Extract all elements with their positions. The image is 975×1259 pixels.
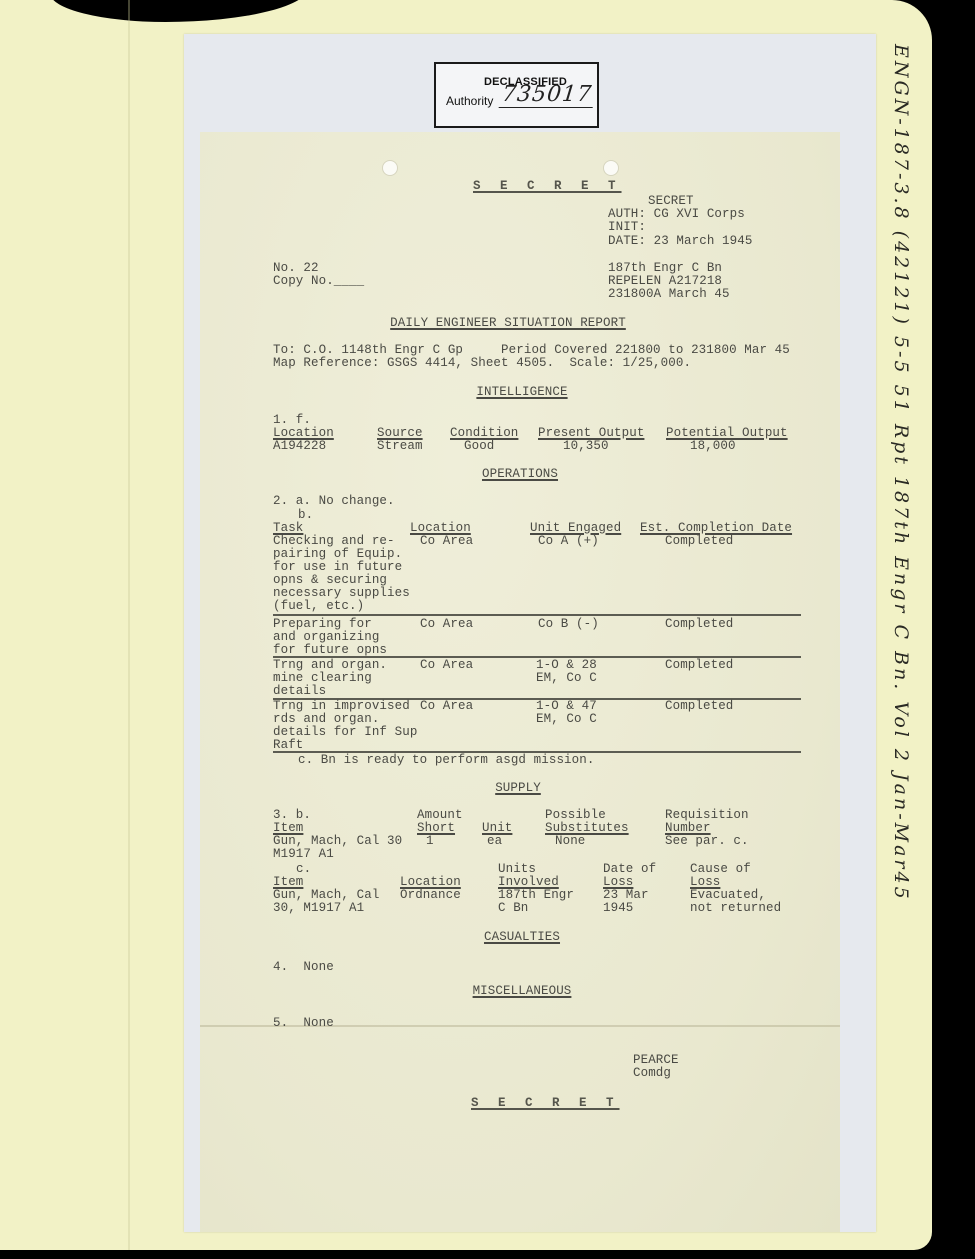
intelligence-heading: INTELLIGENCE xyxy=(476,386,567,400)
handwritten-margin-note: ENGN-187-3.8 (42121) 5-5 51 Rpt 187th En… xyxy=(890,44,912,902)
cell-location: A194228 xyxy=(273,440,326,454)
operations-para-c: c. Bn is ready to perform asgd mission. xyxy=(298,754,594,768)
task-unit: EM, Co C xyxy=(536,713,597,727)
task-completion: Completed xyxy=(665,535,733,549)
declassified-stamp: DECLASSIFIED Authority 735017 xyxy=(434,62,599,128)
operations-heading: OPERATIONS xyxy=(482,468,558,482)
col-amount-2: Short xyxy=(417,822,455,836)
task-unit: EM, Co C xyxy=(536,672,597,686)
stamp-authority-number: 735017 xyxy=(499,82,596,108)
task-completion: Completed xyxy=(665,659,733,673)
task-unit: Co B (-) xyxy=(538,618,599,632)
cell-potential-output: 18,000 xyxy=(690,440,736,454)
miscellaneous-heading: MISCELLANEOUS xyxy=(473,985,572,999)
casualties-text: 4. None xyxy=(273,961,334,975)
task-line: (fuel, etc.) xyxy=(273,600,364,614)
task-location: Co Area xyxy=(420,700,473,714)
task-location: Co Area xyxy=(420,618,473,632)
report-title: DAILY ENGINEER SITUATION REPORT xyxy=(390,317,626,331)
supply-c-item-2: 30, M1917 A1 xyxy=(273,902,364,916)
supply-c-units-2: C Bn xyxy=(498,902,528,916)
task-completion: Completed xyxy=(665,700,733,714)
copy-number: Copy No.____ xyxy=(273,275,364,289)
supply-b-item-2: M1917 A1 xyxy=(273,848,334,862)
supply-heading: SUPPLY xyxy=(495,782,541,796)
classification-top: S E C R E T xyxy=(473,180,622,194)
supply-b-amount: 1 xyxy=(426,835,434,849)
task-completion: Completed xyxy=(665,618,733,632)
classification-bottom: S E C R E T xyxy=(471,1097,620,1111)
cell-condition: Good xyxy=(464,440,494,454)
unit-dtg: 231800A March 45 xyxy=(608,288,730,302)
supply-b-unit: ea xyxy=(487,835,502,849)
supply-b-requisition: See par. c. xyxy=(665,835,749,849)
task-unit: Co A (+) xyxy=(538,535,599,549)
task-line: details xyxy=(273,685,326,699)
casualties-heading: CASUALTIES xyxy=(484,931,560,945)
punch-hole xyxy=(603,160,619,176)
cell-present-output: 10,350 xyxy=(563,440,609,454)
supply-c-cause-2: not returned xyxy=(690,902,781,916)
supply-c-date-2: 1945 xyxy=(603,902,633,916)
date-line: DATE: 23 March 1945 xyxy=(608,235,752,249)
cell-source: Stream xyxy=(377,440,423,454)
init-line: INIT: xyxy=(608,221,646,235)
folder-tab-cutout xyxy=(50,0,310,22)
operations-para-a: 2. a. No change. xyxy=(273,495,395,509)
miscellaneous-text: 5. None xyxy=(273,1017,334,1031)
task-location: Co Area xyxy=(420,535,473,549)
report-page: S E C R E T SECRET AUTH: CG XVI Corps IN… xyxy=(200,132,840,1232)
map-reference-line: Map Reference: GSGS 4414, Sheet 4505. Sc… xyxy=(273,357,691,371)
supply-b-substitutes: None xyxy=(555,835,585,849)
signature-title: Comdg xyxy=(633,1067,671,1081)
punch-hole xyxy=(382,160,398,176)
supply-c-location: Ordnance xyxy=(400,889,461,903)
row-divider xyxy=(273,614,801,616)
folder-crease xyxy=(128,0,130,1250)
stamp-authority-label: Authority xyxy=(446,94,493,108)
task-location: Co Area xyxy=(420,659,473,673)
